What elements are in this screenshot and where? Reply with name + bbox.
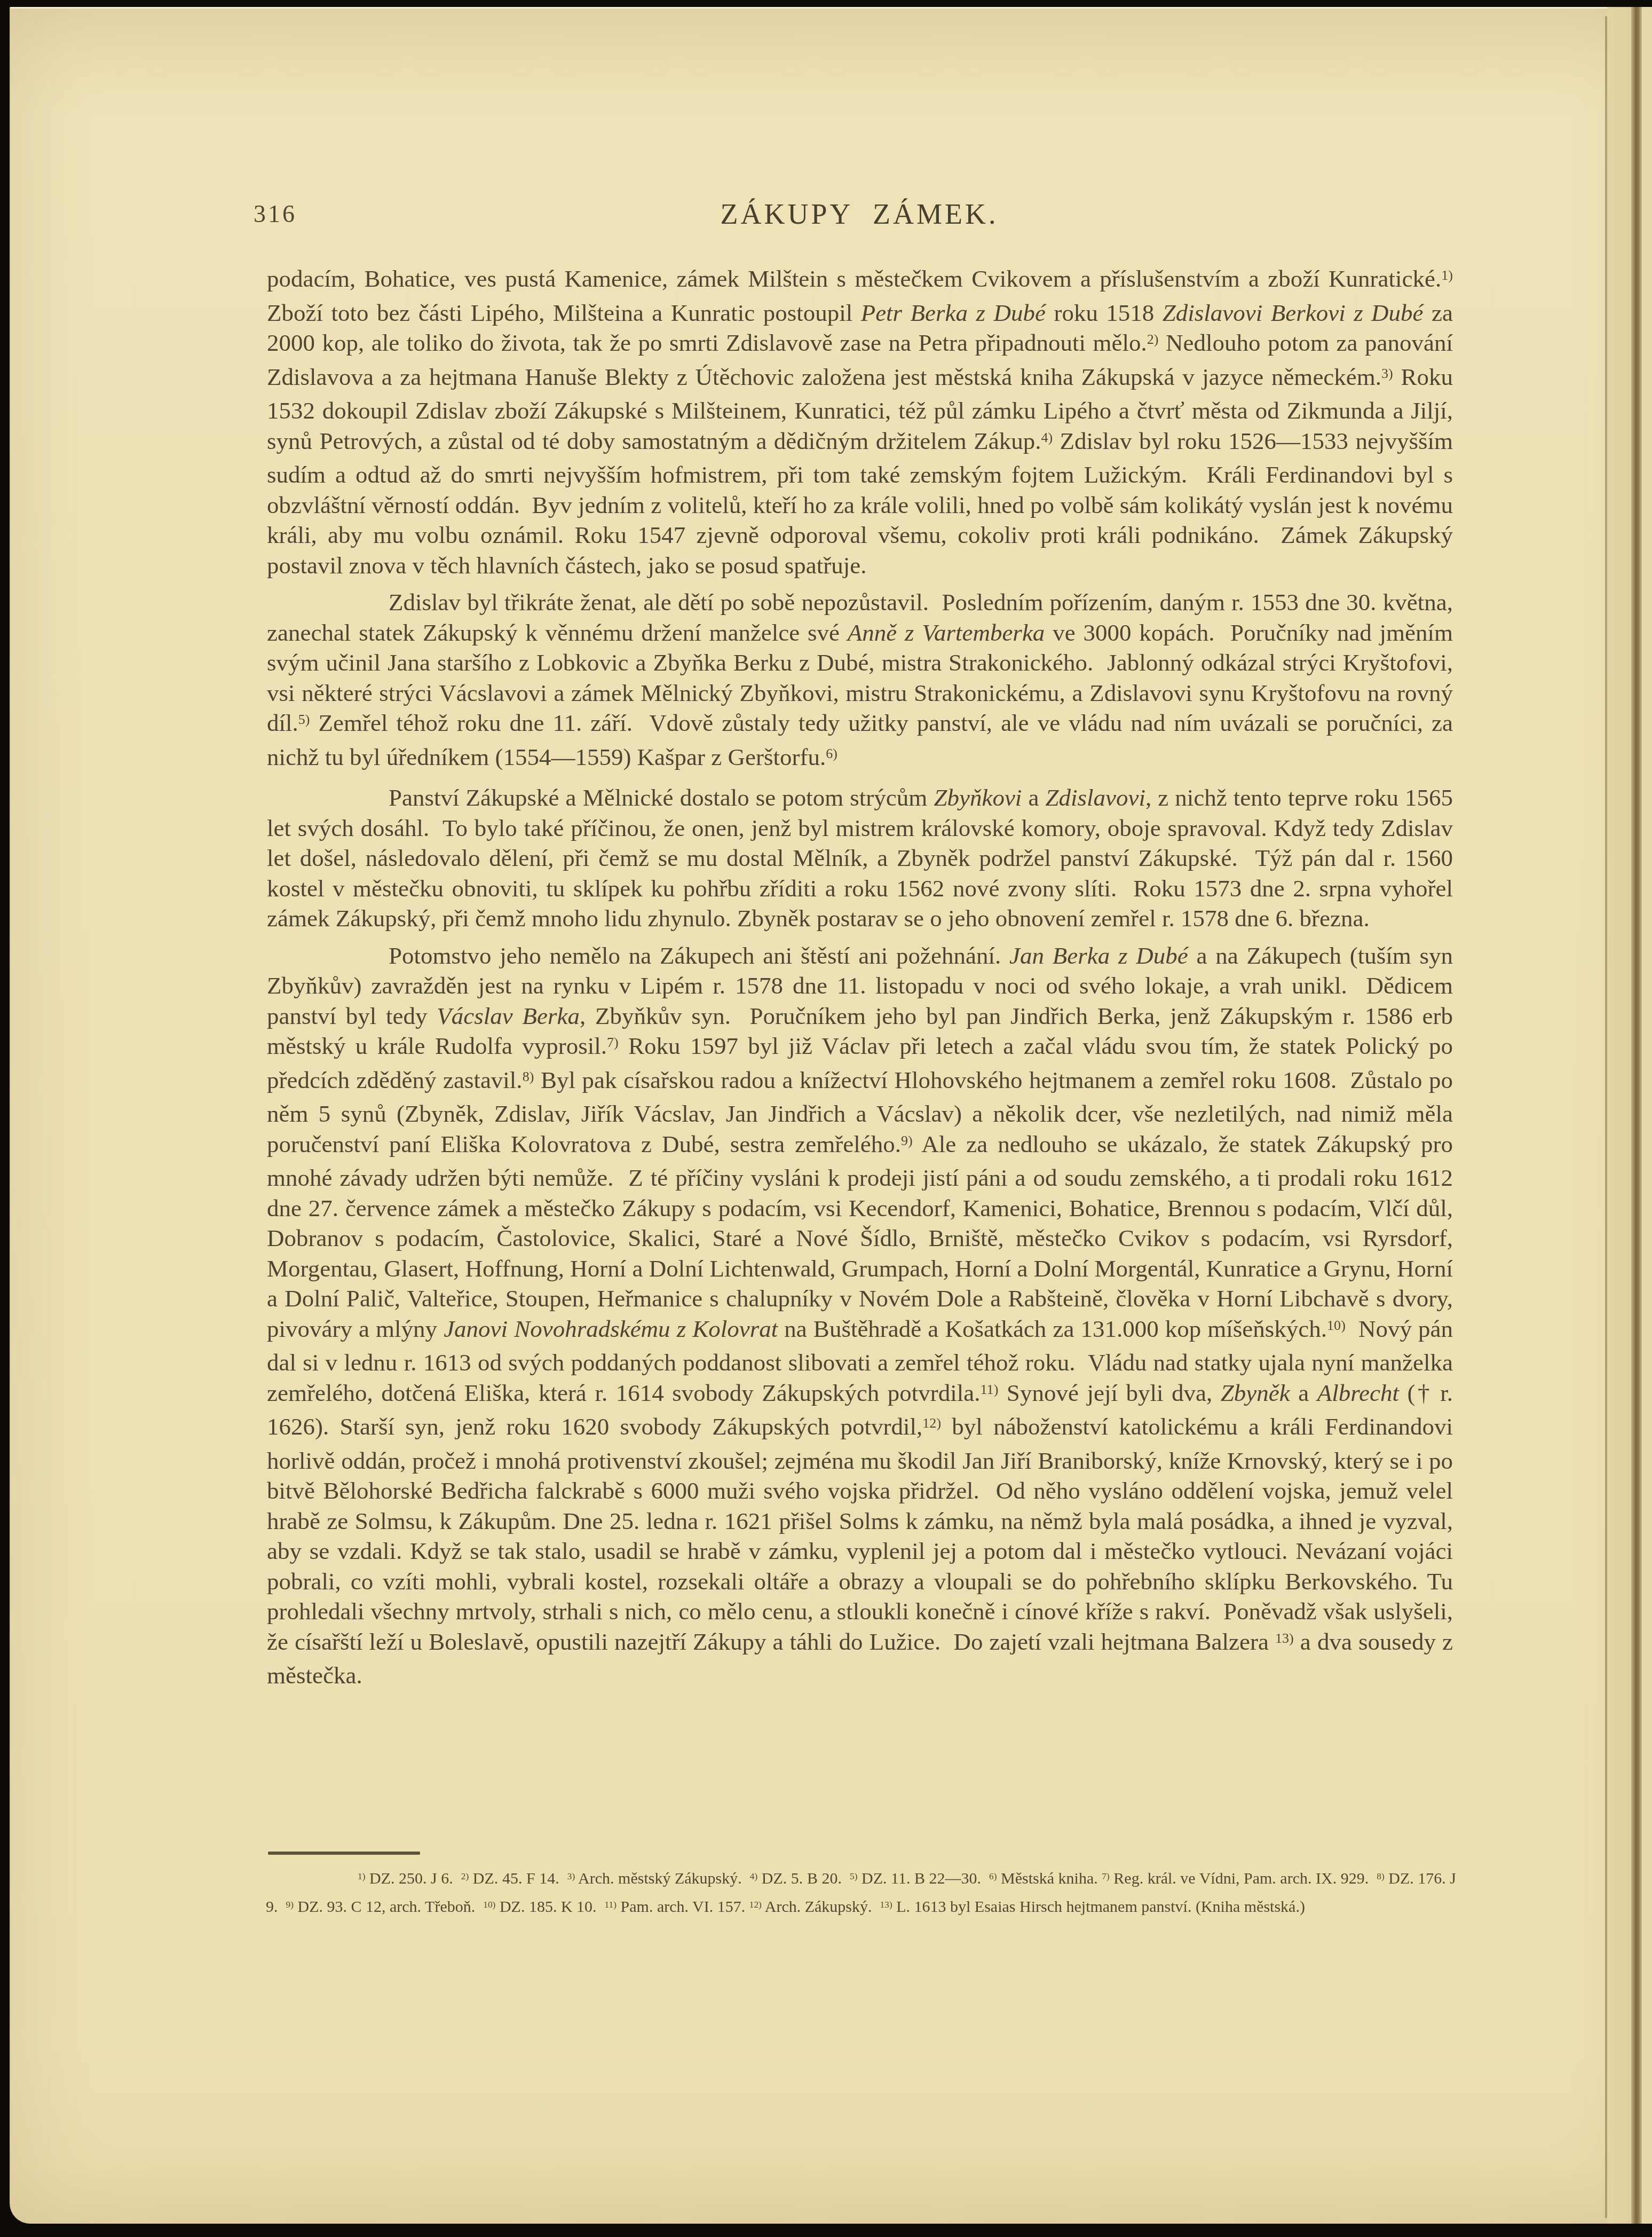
page-stack-edge (1642, 7, 1652, 2224)
book-page: 316 ZÁKUPY ZÁMEK. podacím, Bohatice, ves… (10, 7, 1652, 2224)
footnote-marker: 8) (523, 1069, 534, 1084)
text-run: DZ. 11. B 22—30. (857, 1870, 989, 1887)
text-run: Jan Berka z Dubé (1009, 942, 1188, 969)
paragraph: Potomstvo jeho nemělo na Zákupech ani št… (267, 941, 1453, 1691)
text-run: DZ. 250. J 6. (366, 1870, 461, 1887)
paragraph: Zdislav byl třikráte ženat, ale dětí po … (267, 587, 1453, 776)
text-run: Městská kniha. (997, 1870, 1102, 1887)
text-run: Panství Zákupské a Mělnické dostalo se p… (389, 784, 934, 811)
footnote-marker: 13) (1275, 1631, 1294, 1646)
text-run: Albrecht (1317, 1380, 1399, 1406)
footnote-marker: 10) (483, 1899, 495, 1910)
footnote-marker: 8) (1377, 1871, 1385, 1881)
text-run: DZ. 185. K 10. (495, 1898, 604, 1916)
footnote-marker: 2) (461, 1871, 469, 1881)
body-text: podacím, Bohatice, ves pustá Kamenice, z… (267, 264, 1453, 1691)
text-run: Ale za nedlouho se ukázalo, že statek Zá… (267, 1131, 1459, 1342)
text-run: a (1022, 784, 1045, 811)
footnote-marker: 9) (901, 1133, 913, 1148)
page-edge-band (1607, 7, 1631, 2224)
text-run: DZ. 93. C 12, arch. Třeboň. (294, 1898, 483, 1916)
text-run: DZ. 45. F 14. (469, 1870, 567, 1887)
text-run: a (1290, 1380, 1317, 1406)
scanned-book-spread: 316 ZÁKUPY ZÁMEK. podacím, Bohatice, ves… (0, 0, 1652, 2237)
footnote-marker: 6) (989, 1871, 997, 1881)
footnote-marker: 3) (1381, 366, 1393, 381)
footnote-marker: 7) (1102, 1871, 1110, 1881)
footnote-marker: 6) (826, 746, 837, 761)
footnote-marker: 7) (607, 1035, 619, 1050)
footnotes: 1) DZ. 250. J 6. 2) DZ. 45. F 14. 3) Arc… (266, 1865, 1456, 1922)
text-run: Synové její byli dva, (998, 1380, 1220, 1406)
text-run: Zbyňkovi (934, 784, 1022, 811)
footnote-marker: 9) (286, 1899, 294, 1910)
paragraph: podacím, Bohatice, ves pustá Kamenice, z… (267, 264, 1453, 580)
text-run: byl náboženství katolickému a králi Ferd… (267, 1413, 1459, 1655)
footnote-divider (268, 1852, 420, 1855)
text-run: Zdislavovi Berkovi z Dubé (1163, 300, 1424, 326)
text-run: Arch. Zákupský. (762, 1898, 880, 1916)
binding-shadow (1631, 7, 1642, 2224)
text-run: podacím, Bohatice, ves pustá Kamenice, z… (267, 265, 1441, 292)
text-run: Potomstvo jeho nemělo na Zákupech ani št… (389, 942, 1009, 969)
footnote-marker: 1) (358, 1871, 366, 1881)
text-run: Arch. městský Zákupský. (575, 1870, 750, 1887)
footnote-marker: 4) (750, 1871, 758, 1881)
footnote-marker: 5) (850, 1871, 858, 1881)
text-run: Zemřel téhož roku dne 11. září. Vdově zů… (267, 710, 1459, 770)
text-run: Vácslav Berka (437, 1003, 580, 1029)
footnote-marker: 3) (567, 1871, 575, 1881)
running-title: ZÁKUPY ZÁMEK. (267, 198, 1452, 231)
text-run: DZ. 5. B 20. (757, 1870, 850, 1887)
footnote-marker: 13) (880, 1899, 892, 1910)
footnote-marker: 12) (749, 1899, 762, 1910)
footnote-marker: 10) (1327, 1318, 1346, 1333)
text-run: Zdislavovi (1045, 784, 1145, 811)
text-run: Anně z Vartemberka (848, 619, 1045, 646)
text-run: L. 1613 byl Esaias Hirsch hejtmanem pans… (892, 1898, 1305, 1916)
footnote-marker: 11) (605, 1899, 617, 1910)
text-run: Pam. arch. VI. 157. (616, 1898, 749, 1916)
text-run: Zbyněk (1221, 1380, 1290, 1406)
text-run: roku 1518 (1046, 300, 1163, 326)
footnote-marker: 4) (1041, 430, 1053, 445)
text-run: na Buštěhradě a Košatkách za 131.000 kop… (778, 1316, 1327, 1342)
footnote-marker: 5) (298, 712, 310, 727)
footnote-marker: 12) (922, 1415, 941, 1431)
footnote-marker: 2) (1147, 332, 1159, 347)
text-run: Janovi Novohradskému z Kolovrat (444, 1316, 778, 1342)
text-run: Petr Berka z Dubé (861, 300, 1046, 326)
footnote-marker: 11) (981, 1382, 999, 1397)
paragraph: Panství Zákupské a Mělnické dostalo se p… (267, 783, 1453, 934)
page-edge-line (1605, 16, 1607, 2218)
footnote-marker: 1) (1441, 267, 1453, 283)
text-run: Reg. král. ve Vídni, Pam. arch. IX. 929. (1110, 1870, 1377, 1887)
